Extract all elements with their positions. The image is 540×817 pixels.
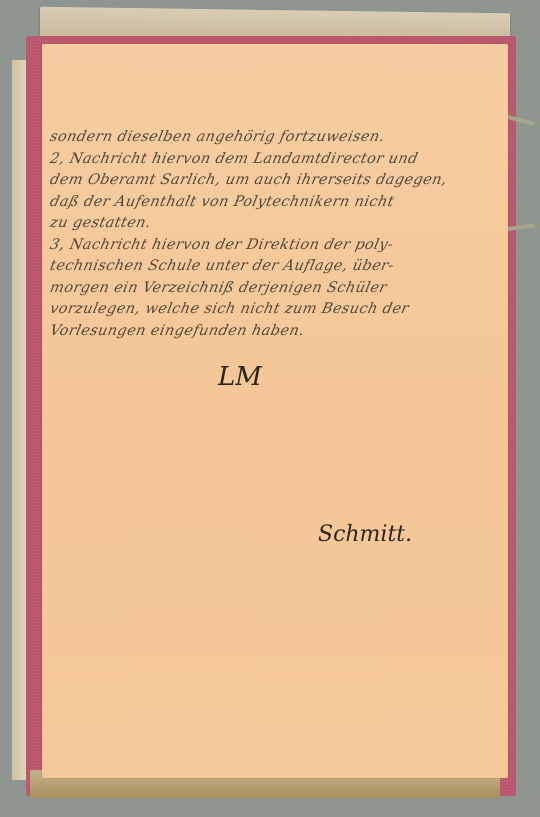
text-line: Vorlesungen eingefunden haben. xyxy=(48,321,413,343)
text-line: 2, Nachricht hiervon dem Landamtdirector… xyxy=(48,149,413,171)
text-line: vorzulegen, welche sich nicht zum Besuch… xyxy=(48,299,413,321)
text-line: zu gestatten. xyxy=(48,213,413,235)
text-line: technischen Schule unter der Auflage, üb… xyxy=(48,256,413,278)
text-line: sondern dieselben angehörig fortzuweisen… xyxy=(48,127,413,149)
initials-mark: LM xyxy=(218,362,262,392)
text-line: dem Oberamt Sarlich, um auch ihrerseits … xyxy=(48,170,413,192)
text-line: daß der Aufenthalt von Polytechnikern ni… xyxy=(48,192,413,214)
text-line: 3, Nachricht hiervon der Direktion der p… xyxy=(48,235,413,257)
handwritten-text-block: sondern dieselben angehörig fortzuweisen… xyxy=(50,127,410,342)
signature: Schmitt. xyxy=(318,522,412,547)
text-line: morgen ein Verzeichniß derjenigen Schüle… xyxy=(48,278,413,300)
